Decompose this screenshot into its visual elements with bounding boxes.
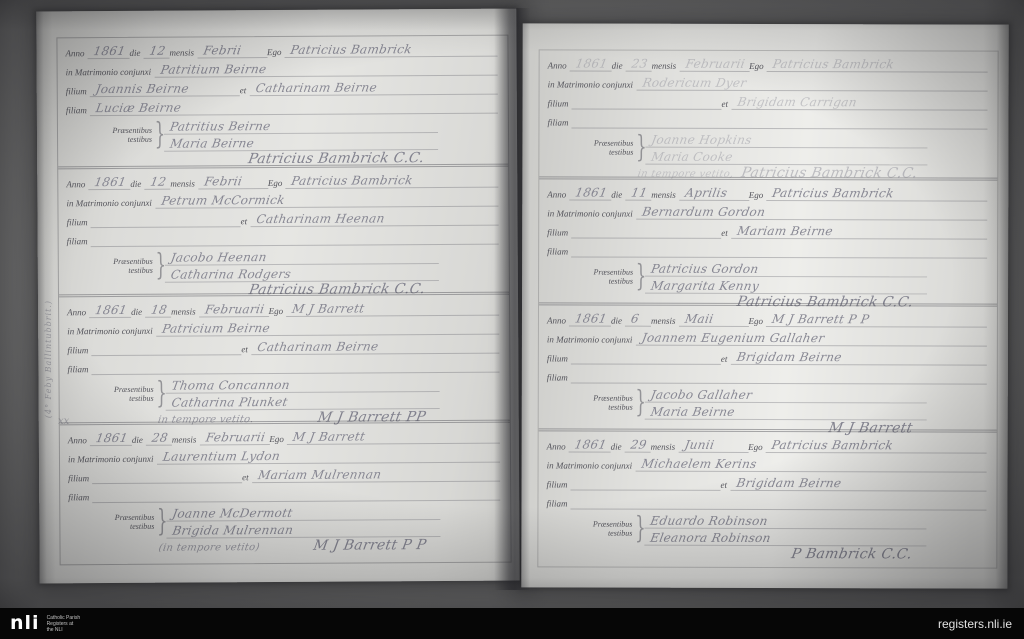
- witness-1-field: Joanne McDermott: [166, 503, 440, 522]
- ego-field: Patricius Bambrick: [766, 181, 987, 202]
- anno-field: 1861: [87, 39, 129, 59]
- witness-2-value: Maria Beirne: [163, 137, 257, 151]
- witness-2-value: Maria Cooke: [644, 151, 736, 164]
- anno-value: 1861: [87, 176, 129, 189]
- label-filium: filium: [68, 473, 92, 484]
- groom-value: Petrum McCormick: [154, 194, 287, 208]
- anno-field: 1861: [90, 426, 132, 446]
- filium-value: [571, 362, 579, 363]
- label-testibus: Præsentibustestibus: [547, 385, 633, 419]
- label-filiam: filiam: [547, 372, 571, 383]
- ego-value: Patricius Bambrick: [764, 439, 896, 452]
- mensis-field: Februarii: [199, 425, 269, 445]
- bride-value: Catharinam Beirne: [250, 340, 381, 354]
- witness-2-value: Eleanora Robinson: [643, 532, 774, 545]
- label-filium: filium: [547, 227, 571, 238]
- label-anno: Anno: [68, 435, 90, 446]
- witness-1-value: Patritius Beirne: [163, 120, 274, 134]
- mensis-value: Februarii: [678, 58, 748, 71]
- groom-value: Patricium Beirne: [155, 322, 273, 336]
- register-entry: Anno 1861 die 12 mensis Febrii Ego Patri…: [58, 164, 509, 295]
- filium-field: Joannis Beirne: [90, 76, 240, 97]
- witnesses-block: Præsentibustestibus } Eduardo Robinson E…: [546, 511, 986, 546]
- mensis-field: Februarii: [199, 297, 269, 317]
- nli-logo-icon: nli: [10, 614, 40, 633]
- anno-field: 1861: [88, 170, 130, 190]
- die-value: 29: [623, 439, 649, 452]
- anno-field: 1861: [89, 298, 131, 318]
- filiam-value: [571, 381, 579, 382]
- ego-value: M J Barrett: [285, 302, 367, 316]
- filium-value: Joannis Beirne: [89, 83, 192, 97]
- witness-2-value: Margarita Kenny: [644, 280, 762, 293]
- anno-field: 1861: [569, 180, 611, 200]
- register-entry: Anno 1861 die 18 mensis Februarii Ego M …: [59, 292, 510, 423]
- witness-1-field: Joanne Hopkins: [645, 131, 927, 149]
- filium-field: [90, 207, 240, 228]
- anno-field: 1861: [569, 432, 611, 452]
- filium-field: [571, 218, 721, 238]
- witness-2-field: Maria Beirne: [645, 403, 927, 421]
- witness-2-value: Brigida Mulrennan: [165, 524, 296, 538]
- mensis-value: Junii: [677, 439, 717, 452]
- filiam-row: filiam: [546, 490, 986, 510]
- groom-field: Michaelem Kerins: [635, 452, 987, 473]
- label-anno: Anno: [66, 179, 88, 190]
- filiam-field: [91, 225, 499, 247]
- filium-value: [571, 107, 579, 108]
- die-value: 28: [145, 432, 171, 445]
- filiam-field: [570, 489, 986, 510]
- die-field: 12: [143, 39, 169, 59]
- anno-value: 1861: [568, 186, 610, 199]
- witness-brace: }: [636, 260, 643, 294]
- witness-brace: }: [635, 386, 642, 420]
- filiam-row: filiam: [547, 364, 987, 384]
- label-filium: filium: [548, 98, 572, 109]
- witness-names: Joanne Hopkins Maria Cooke: [645, 131, 987, 166]
- die-field: 18: [145, 298, 171, 318]
- witness-brace: }: [635, 512, 642, 546]
- priest-signature: P Bambrick C.C.: [786, 545, 915, 563]
- filiam-field: [92, 481, 500, 503]
- groom-value: Joannem Eugenium Gallaher: [634, 332, 827, 345]
- witness-1-field: Eduardo Robinson: [644, 512, 926, 530]
- witness-1-value: Jacobo Heenan: [164, 251, 270, 265]
- witness-1-field: Thoma Concannon: [165, 375, 439, 394]
- witness-2-value: Catharina Plunket: [165, 396, 291, 410]
- filiam-value: [91, 373, 99, 374]
- witness-1-field: Patritius Beirne: [164, 116, 438, 135]
- filiam-row: filiam: [67, 354, 499, 376]
- witness-names: Patricius Gordon Margarita Kenny: [645, 260, 987, 295]
- witness-names: Thoma Concannon Catharina Plunket: [165, 375, 499, 411]
- filium-field: [571, 470, 721, 490]
- ego-value: M J Barrett P P: [765, 313, 873, 326]
- bride-value: Brigidam Carrigan: [730, 96, 860, 109]
- witnesses-block: Præsentibustestibus } Patritius Beirne M…: [66, 116, 498, 153]
- filiam-row: filiam: [68, 482, 500, 504]
- anno-field: 1861: [570, 51, 612, 71]
- label-testibus: Præsentibustestibus: [547, 259, 633, 293]
- mensis-value: Febrii: [197, 175, 245, 188]
- entry-note: (in tempore vetito): [152, 537, 261, 556]
- filiam-row: filiam: [547, 238, 987, 258]
- label-testibus: Præsentibustestibus: [66, 118, 152, 153]
- groom-value: Michaelem Kerins: [634, 458, 759, 471]
- groom-row: in Matrimonio conjunxi Bernardum Gordon: [547, 200, 987, 220]
- bride-value: Mariam Beirne: [730, 225, 836, 238]
- filiam-field: [571, 363, 987, 384]
- filium-value: [91, 226, 99, 227]
- label-filium: filium: [547, 479, 571, 490]
- die-value: 6: [624, 313, 642, 326]
- filiam-field: [91, 353, 499, 375]
- filiam-row: filiam: [547, 109, 987, 129]
- priest-signature: M J Barrett P P: [308, 536, 429, 555]
- ego-field: M J Barrett: [286, 296, 499, 317]
- ego-value: Patricius Bambrick: [283, 43, 415, 57]
- label-testibus: Præsentibustestibus: [67, 249, 153, 284]
- mensis-field: Februarii: [679, 52, 749, 72]
- anno-value: 1861: [89, 432, 131, 445]
- label-anno: Anno: [65, 48, 87, 59]
- filium-row: filium et Brigidam Carrigan: [548, 90, 988, 110]
- ego-field: M J Barrett: [287, 424, 500, 445]
- label-filiam: filiam: [547, 117, 571, 128]
- label-anno: Anno: [67, 307, 89, 318]
- groom-row: in Matrimonio conjunxi Joannem Eugenium …: [547, 326, 987, 346]
- groom-row: in Matrimonio conjunxi Rodericum Dyer: [548, 71, 988, 91]
- signature-row: P Bambrick C.C.: [546, 545, 986, 563]
- bride-field: Brigidam Beirne: [730, 471, 987, 492]
- anno-value: 1861: [568, 312, 610, 325]
- witness-brace: }: [156, 377, 163, 411]
- mensis-value: Maii: [677, 313, 716, 326]
- ego-field: Patricius Bambrick: [767, 52, 988, 73]
- witness-brace: }: [155, 249, 162, 283]
- mensis-value: Februarii: [197, 303, 266, 316]
- entry-note-value: [630, 557, 638, 558]
- bride-value: Brigidam Beirne: [729, 477, 844, 490]
- anno-value: 1861: [567, 438, 609, 451]
- right-page-form: Anno 1861 die 23 mensis Februarii Ego Pa…: [537, 49, 998, 568]
- witnesses-block: Præsentibustestibus } Joanne Hopkins Mar…: [547, 130, 987, 165]
- groom-value: Bernardum Gordon: [635, 206, 768, 219]
- witnesses-block: Præsentibustestibus } Jacobo Gallaher Ma…: [547, 385, 987, 420]
- groom-field: Bernardum Gordon: [636, 200, 988, 221]
- mensis-field: Maii: [678, 307, 748, 327]
- witness-2-field: Margarita Kenny: [645, 277, 927, 295]
- filium-field: [572, 89, 722, 109]
- register-right-page: Anno 1861 die 23 mensis Februarii Ego Pa…: [521, 23, 1008, 588]
- date-row: Anno 1861 die 6 mensis Maii Ego M J Barr…: [547, 307, 987, 327]
- anno-value: 1861: [568, 57, 610, 70]
- filiam-field: [571, 237, 987, 258]
- register-entry: Anno 1861 die 6 mensis Maii Ego M J Barr…: [539, 302, 997, 429]
- anno-value: 1861: [88, 304, 130, 317]
- ego-value: Patricius Bambrick: [765, 58, 897, 71]
- anno-field: 1861: [569, 306, 611, 326]
- mensis-field: Aprilis: [679, 181, 749, 201]
- ego-field: Patricius Bambrick: [766, 433, 987, 454]
- bride-value: Brigidam Beirne: [729, 351, 844, 364]
- margin-note: (4° Feby Ballintubbrit.): [44, 300, 53, 418]
- filiam-field: [571, 108, 987, 129]
- label-anno: Anno: [547, 315, 569, 326]
- witness-brace: }: [157, 505, 164, 539]
- filiam-value: [571, 255, 579, 256]
- label-testibus: Præsentibustestibus: [68, 505, 154, 540]
- witness-1-field: Patricius Gordon: [645, 260, 927, 278]
- witness-names: Joanne McDermott Brigida Mulrennan: [166, 503, 500, 539]
- label-filiam: filiam: [68, 492, 92, 503]
- filiam-value: [570, 507, 578, 508]
- witness-names: Eduardo Robinson Eleanora Robinson: [644, 512, 986, 547]
- left-page-form: Anno 1861 die 12 mensis Febrii Ego Patri…: [56, 35, 511, 566]
- witness-names: Patritius Beirne Maria Beirne: [164, 116, 498, 152]
- filiam-value: Luciæ Beirne: [89, 102, 184, 116]
- die-value: 11: [624, 187, 650, 200]
- filium-value: [92, 482, 100, 483]
- ego-field: Patricius Bambrick: [285, 168, 498, 189]
- ego-field: M J Barrett P P: [766, 307, 987, 328]
- die-value: 12: [143, 176, 169, 189]
- register-entry: Anno 1861 die 29 mensis Junii Ego Patric…: [538, 428, 996, 555]
- groom-value: Rodericum Dyer: [635, 77, 749, 90]
- witness-2-field: Maria Cooke: [645, 148, 927, 166]
- groom-row: in Matrimonio conjunxi Michaelem Kerins: [547, 452, 987, 472]
- die-field: 29: [625, 433, 651, 453]
- witnesses-block: Præsentibustestibus } Jacobo Heenan Cath…: [67, 247, 499, 284]
- label-filiam: filiam: [66, 105, 90, 116]
- ego-field: Patricius Bambrick: [284, 37, 497, 58]
- witness-2-value: Maria Beirne: [644, 406, 738, 419]
- die-field: 28: [146, 426, 172, 446]
- filiam-row: filiam: [67, 226, 499, 248]
- date-row: Anno 1861 die 29 mensis Junii Ego Patric…: [547, 433, 987, 453]
- mensis-field: Febrii: [197, 38, 267, 58]
- filium-field: [91, 335, 241, 356]
- witness-brace: }: [155, 118, 162, 152]
- filiam-value: [571, 126, 579, 127]
- witness-1-field: Jacobo Gallaher: [645, 386, 927, 404]
- entry-note-value: [150, 163, 158, 164]
- filiam-row: filiam Luciæ Beirne: [66, 95, 498, 117]
- filium-value: [571, 236, 579, 237]
- entry-note: [630, 545, 638, 563]
- die-field: 23: [626, 52, 652, 72]
- label-filiam: filiam: [67, 236, 91, 247]
- filium-value: [570, 488, 578, 489]
- nli-logo: nli Catholic Parish Registers at the NLI: [10, 614, 80, 633]
- register-entry: Anno 1861 die 11 mensis Aprilis Ego Patr…: [539, 176, 997, 303]
- witness-1-value: Joanne Hopkins: [644, 134, 754, 147]
- register-scan-photo: Anno 1861 die 12 mensis Febrii Ego Patri…: [0, 0, 1024, 608]
- filiam-field: Luciæ Beirne: [90, 94, 498, 116]
- groom-value: Patritium Beirne: [153, 63, 269, 77]
- footer-bar: nli Catholic Parish Registers at the NLI…: [0, 608, 1024, 639]
- nli-logo-caption: Catholic Parish Registers at the NLI: [47, 615, 81, 633]
- witness-brace: }: [636, 131, 643, 165]
- label-filium: filium: [67, 217, 91, 228]
- filiam-value: [91, 245, 99, 246]
- label-testibus: Præsentibustestibus: [67, 377, 153, 412]
- die-field: 12: [144, 170, 170, 190]
- register-entry: Anno 1861 die 12 mensis Febrii Ego Patri…: [57, 36, 508, 167]
- filium-row: filium et Mariam Beirne: [547, 219, 987, 239]
- label-filiam: filiam: [67, 364, 91, 375]
- witness-names: Jacobo Gallaher Maria Beirne: [645, 386, 987, 421]
- bride-value: Catharinam Beirne: [248, 81, 379, 95]
- register-entry: Anno 1861 die 28 mensis Februarii Ego M …: [60, 420, 511, 551]
- priest-signature-value: M J Barrett P P: [307, 538, 430, 554]
- filium-field: [92, 463, 242, 484]
- bride-value: Mariam Mulrennan: [251, 468, 384, 482]
- label-anno: Anno: [548, 60, 570, 71]
- witness-1-value: Patricius Gordon: [644, 263, 762, 276]
- mensis-value: Aprilis: [678, 187, 730, 200]
- bride-field: Mariam Beirne: [731, 219, 988, 240]
- date-row: Anno 1861 die 23 mensis Februarii Ego Pa…: [548, 52, 988, 72]
- register-left-page: Anno 1861 die 12 mensis Febrii Ego Patri…: [36, 9, 519, 584]
- witness-1-field: Jacobo Heenan: [165, 247, 439, 266]
- label-filiam: filiam: [547, 246, 571, 257]
- die-value: 18: [144, 304, 170, 317]
- date-row: Anno 1861 die 11 mensis Aprilis Ego Patr…: [547, 181, 987, 201]
- label-anno: Anno: [547, 189, 569, 200]
- watermark-url: registers.nli.ie: [938, 617, 1012, 631]
- register-entry: Anno 1861 die 23 mensis Februarii Ego Pa…: [539, 50, 997, 177]
- witnesses-block: Præsentibustestibus } Thoma Concannon Ca…: [67, 375, 499, 412]
- label-filium: filium: [67, 345, 91, 356]
- bride-value: Catharinam Heenan: [249, 212, 387, 226]
- filium-row: filium et Brigidam Beirne: [547, 345, 987, 365]
- witness-1-value: Eduardo Robinson: [643, 515, 771, 528]
- mensis-field: Junii: [678, 433, 748, 453]
- witness-1-value: Thoma Concannon: [164, 379, 292, 393]
- die-field: 6: [625, 307, 651, 327]
- filiam-value: [92, 501, 100, 502]
- die-value: 23: [624, 58, 650, 71]
- die-field: 11: [625, 181, 651, 201]
- groom-field: Joannem Eugenium Gallaher: [635, 326, 987, 347]
- mensis-field: Febrii: [198, 169, 268, 189]
- witness-1-value: Joanne McDermott: [165, 507, 295, 521]
- label-filium: filium: [547, 353, 571, 364]
- mensis-value: Febrii: [196, 44, 244, 57]
- witness-2-value: Catharina Rodgers: [164, 268, 294, 282]
- bride-field: Brigidam Beirne: [730, 345, 987, 366]
- filium-field: [571, 344, 721, 364]
- anno-value: 1861: [86, 45, 128, 58]
- groom-value: Laurentium Lydon: [155, 450, 282, 464]
- witness-names: Jacobo Heenan Catharina Rodgers: [165, 247, 499, 283]
- witnesses-block: Præsentibustestibus } Joanne McDermott B…: [68, 503, 500, 540]
- witness-1-value: Jacobo Gallaher: [644, 389, 756, 402]
- margin-scribble: xx: [58, 416, 69, 427]
- filium-value: [91, 354, 99, 355]
- label-testibus: Præsentibustestibus: [547, 130, 633, 164]
- bride-field: Brigidam Carrigan: [731, 90, 988, 111]
- label-anno: Anno: [547, 441, 569, 452]
- witnesses-block: Præsentibustestibus } Patricius Gordon M…: [547, 259, 987, 294]
- ego-value: M J Barrett: [286, 430, 368, 444]
- ego-value: Patricius Bambrick: [765, 187, 897, 200]
- label-filiam: filiam: [546, 498, 570, 509]
- label-filium: filium: [66, 86, 90, 97]
- groom-field: Rodericum Dyer: [636, 71, 988, 92]
- label-testibus: Præsentibustestibus: [546, 511, 632, 545]
- entry-note-value: (in tempore vetito): [152, 543, 263, 555]
- ego-value: Patricius Bambrick: [284, 174, 416, 188]
- signature-row: (in tempore vetito) M J Barrett P P: [68, 537, 500, 557]
- mensis-value: Februarii: [198, 431, 267, 444]
- die-value: 12: [142, 45, 168, 58]
- witness-2-field: Eleanora Robinson: [644, 529, 926, 547]
- filium-row: filium et Brigidam Beirne: [547, 471, 987, 491]
- priest-signature-value: P Bambrick C.C.: [784, 547, 915, 562]
